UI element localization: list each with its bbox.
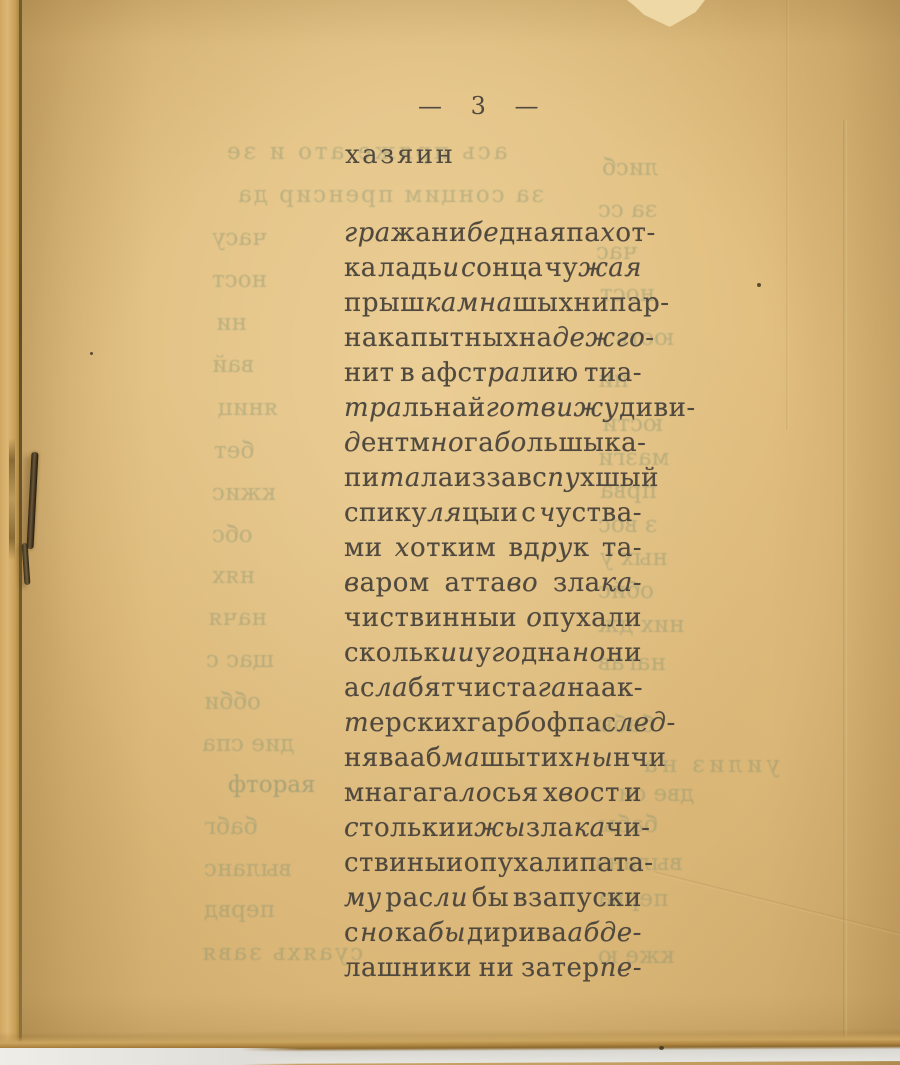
poem-segment-italic: бе (467, 218, 499, 248)
poem-word: пахот- (566, 218, 655, 248)
poem-word: бедная (467, 218, 567, 248)
poem-word: ладьи (378, 253, 459, 283)
scanner-background (0, 1048, 300, 1065)
poem-word: сонца (461, 253, 543, 283)
poem-line: прышкамнашыхнипар- (344, 288, 642, 323)
poem-line: столькиижызлакачи- (344, 813, 642, 848)
poem-word: нашых (479, 288, 574, 318)
poem-line: терскихгарбофпаслед- (344, 708, 642, 743)
poem-segment: их (541, 743, 574, 773)
poem-line: лашникинизатерпе- (344, 953, 642, 988)
poem-word: му (344, 883, 382, 913)
poem-word: затерпе- (521, 953, 642, 983)
poem-segment-italic: лед- (617, 708, 676, 738)
poem-segment: афст (421, 358, 488, 388)
ghost-fragment: суаяхь завя (200, 940, 363, 966)
poem-segment: га (464, 428, 494, 458)
poem-segment-italic: жая (578, 253, 642, 283)
poem-segment: чиствинныи (344, 603, 517, 633)
poem-word: ми (344, 533, 383, 563)
poem-segment-italic: о (526, 603, 542, 633)
poem-word: но (572, 638, 606, 668)
poem-segment-italic: ны (574, 743, 613, 773)
poem-segment: ент (361, 428, 410, 458)
poem-segment: зла (526, 813, 574, 843)
poem-word: вдрук (508, 533, 589, 563)
poem-segment: ерских (369, 708, 467, 738)
poem-word: гарбоф (467, 708, 568, 738)
staple-slit (9, 438, 15, 560)
poem-word: аттаво (445, 568, 539, 598)
poem-segment: чиста (456, 673, 537, 703)
poem-segment: на (519, 323, 553, 353)
poem-line: михоткимвдрукта- (344, 533, 642, 568)
poem-segment: ми (344, 533, 383, 563)
poem-segment-italic: тра (344, 393, 402, 423)
poem-segment-italic: ма (442, 743, 480, 773)
poem-segment-italic: с (461, 253, 476, 283)
poem-word: накапытных (344, 323, 519, 353)
poem-line: ствиныиопухалипата- (344, 848, 642, 883)
poem-word: тральнай (344, 393, 486, 423)
poem-line: тральнайготвижудиви- (344, 393, 642, 428)
poem-word: опухали (526, 603, 642, 633)
poem-line: накапытныхнадежго- (344, 323, 642, 358)
ghost-fragment: ни (216, 310, 247, 336)
poem-segment: взапуски (513, 883, 642, 913)
poem-word: мнагагалосья (344, 778, 539, 808)
poem-segment: затер (521, 953, 600, 983)
poem-line: дентмногабольшыка- (344, 428, 642, 463)
poem-word: дент (344, 428, 410, 458)
poem-segment: хшый (580, 463, 659, 493)
poem-line: сколькииугоднанони (344, 638, 642, 673)
poem-segment-italic: гра (344, 218, 391, 248)
poem-word: злака- (553, 568, 642, 598)
poem-word: ак- (601, 673, 643, 703)
poem-segment-italic: но (430, 428, 464, 458)
ghost-fragment: первд (204, 897, 275, 923)
poem-word: гот (486, 393, 541, 423)
poem-segment: ка (395, 918, 428, 948)
poem-segment-italic: бы (428, 918, 466, 948)
poem-word: большы (494, 428, 604, 458)
poem-segment: ни (479, 953, 515, 983)
poem-segment: нит (344, 358, 395, 388)
poem-text: гражанибеднаяпахот-каладьисонцачужаяпрыш… (344, 218, 642, 988)
poem-line: нитвафстралиютиа- (344, 358, 642, 393)
poem-segment-italic: но (572, 638, 606, 668)
ghost-fragment: начя (208, 605, 267, 631)
poem-line: каладьисонцачужая (344, 253, 642, 288)
poem-line: мураслибывзапуски (344, 883, 642, 918)
poem-word: хотким (395, 533, 497, 563)
vertical-crease-upper (786, 0, 789, 430)
poem-segment: в (400, 358, 415, 388)
poem-segment: пас (568, 708, 617, 738)
poem-segment: м (410, 428, 431, 458)
poem-word: чиствинныи (344, 603, 517, 633)
poem-segment: тиа- (584, 358, 642, 388)
poem-segment: ас (344, 673, 375, 703)
poem-word: нява (344, 743, 410, 773)
poem-word: лашники (344, 953, 472, 983)
poem-segment: чи- (606, 813, 651, 843)
ghost-fragment: ност (212, 267, 267, 293)
poem-segment-italic: с (344, 813, 359, 843)
poem-segment: изза (454, 463, 517, 493)
poem-segment: и (624, 778, 642, 808)
poem-word: афстралию (421, 358, 579, 388)
poem-word: жы (474, 813, 526, 843)
poem-word: ни (479, 953, 515, 983)
poem-segment-italic: ч (539, 498, 556, 528)
poem-word: взапуски (513, 883, 642, 913)
poem-word: изза (454, 463, 517, 493)
poem-word: пата- (580, 848, 654, 878)
poem-segment-italic: деж (553, 323, 616, 353)
ghost-fragment: вай (212, 352, 254, 378)
poem-word: чуства- (539, 498, 642, 528)
poem-segment: шых (513, 288, 574, 318)
poem-segment-italic: в (344, 568, 360, 598)
poem-segment: нипар- (574, 288, 670, 318)
poem-word: и (624, 778, 642, 808)
poem-segment: та- (602, 533, 642, 563)
poem-segment: скольк (344, 638, 440, 668)
poem-word: та- (602, 533, 642, 563)
poem-segment: нчи (613, 743, 666, 773)
poem-word: аслабят (344, 673, 456, 703)
poem-word: многа (410, 428, 495, 458)
poem-word: расли (385, 883, 468, 913)
poem-word: ни (606, 638, 642, 668)
poem-segment-italic: б (514, 708, 530, 738)
ghost-fragment: обс (212, 522, 253, 548)
poem-segment-italic: га (538, 673, 568, 703)
poem-word: но (360, 918, 394, 948)
poem-segment: нява (344, 743, 410, 773)
poem-segment-italic: ка- (601, 568, 642, 598)
poem-segment-italic: на (479, 288, 513, 318)
ghost-fragment: кжис (212, 480, 276, 506)
poem-word: в (400, 358, 415, 388)
poem-segment-italic: х (600, 218, 615, 248)
poem-word: злакачи- (526, 813, 651, 843)
poem-line: питалаиззавспухшый (344, 463, 642, 498)
spine-shadow-line (19, 0, 22, 1065)
poem-segment-italic: пу (547, 463, 580, 493)
poem-word: нипар- (574, 288, 670, 318)
ghost-fragment: лисб (602, 155, 659, 181)
poem-word: опухали (464, 848, 580, 878)
page-number: — 3 — (418, 92, 541, 120)
poem-segment-italic: ля (427, 498, 462, 528)
poem-segment: шыт (480, 743, 541, 773)
staple (26, 452, 38, 549)
poem-segment-italic: та (380, 463, 421, 493)
ghost-fragment: выланс (204, 856, 292, 882)
poem-segment: бят (408, 673, 456, 703)
poem-word: паслед- (568, 708, 676, 738)
poem-word: варом (344, 568, 430, 598)
poem-segment: аб (410, 743, 442, 773)
poem-segment-italic: бо (494, 428, 527, 458)
poem-segment-italic: кам (425, 288, 479, 318)
poem-word: угодна (475, 638, 571, 668)
ghost-fragment: обби (204, 689, 261, 715)
poem-word: гражани (344, 218, 467, 248)
poem-line: мнагагалосьяхвости (344, 778, 642, 813)
poem-word: питала (344, 463, 454, 493)
poem-segment: прыш (344, 288, 425, 318)
poem-line: гражанибеднаяпахот- (344, 218, 642, 253)
ghost-fragment: яниц (218, 395, 278, 421)
poem-segment: бы (472, 883, 509, 913)
poem-word: абмашыт (410, 743, 541, 773)
poem-word: ка (344, 253, 377, 283)
vertical-crease (843, 120, 847, 1040)
poem-word: кабы (395, 918, 466, 948)
poem-line: чиствинныиопухали (344, 603, 642, 638)
poem-segment: гар (467, 708, 514, 738)
poem-word: вижу (541, 393, 620, 423)
poem-segment: пата- (580, 848, 654, 878)
poem-segment-italic: х (395, 533, 410, 563)
poem-word: ствиныи (344, 848, 464, 878)
poem-segment: ладь (378, 253, 442, 283)
poem-word: столькии (344, 813, 474, 843)
ghost-fragment: бет (214, 438, 254, 464)
poem-segment: онца (476, 253, 543, 283)
poem-segment: сья (492, 778, 539, 808)
poem-segment: ак- (601, 673, 643, 703)
poem-segment: с (521, 498, 536, 528)
poem-segment: на (567, 673, 601, 703)
poem-segment: оф (531, 708, 568, 738)
ghost-fragment: бабг (204, 814, 257, 840)
poem-word: с (344, 918, 359, 948)
poem-segment: накапытных (344, 323, 519, 353)
poem-segment-italic: т (344, 708, 369, 738)
poem-segment: пухали (542, 603, 642, 633)
paper-speck (90, 352, 93, 355)
poem-segment: льшы (527, 428, 605, 458)
poem-segment-italic: го- (615, 323, 654, 353)
poem-segment: диви- (619, 393, 696, 423)
poem-segment: дирива (467, 918, 567, 948)
poem-segment: ни (606, 638, 642, 668)
poem-segment: к (573, 533, 590, 563)
poem-segment-italic: гот (486, 393, 541, 423)
poem-word: чистагана (456, 673, 601, 703)
ghost-fragment: щас с (206, 647, 274, 673)
poem-segment: атта (445, 568, 507, 598)
poem-segment: ствиныи (344, 848, 464, 878)
poem-segment: с (344, 918, 359, 948)
poem-line: снокабыдириваабде- (344, 918, 642, 953)
poem-segment: у (475, 638, 491, 668)
paper-speck (659, 1046, 664, 1050)
poem-word: ихнынчи (541, 743, 667, 773)
poem-segment: ка (344, 253, 377, 283)
poem-heading: хазяин (345, 140, 455, 170)
poem-segment: ст (590, 778, 620, 808)
poem-word: терских (344, 708, 467, 738)
poem-line: вароматтавозлака- (344, 568, 642, 603)
poem-segment: па (566, 218, 600, 248)
poem-word: с (521, 498, 536, 528)
ghost-fragment: дие спа (202, 731, 294, 757)
poem-segment-italic: ка (574, 813, 606, 843)
poem-segment: уства- (556, 498, 642, 528)
poem-segment: зла (553, 568, 601, 598)
poem-segment: аром (360, 568, 430, 598)
poem-word: ка- (604, 428, 646, 458)
poem-word: го- (615, 323, 654, 353)
poem-segment-italic: во (558, 778, 590, 808)
poem-segment: дна (521, 638, 571, 668)
poem-segment: отким (410, 533, 496, 563)
poem-segment-italic: ла (375, 673, 408, 703)
poem-segment-italic: вижу (541, 393, 620, 423)
poem-segment: мнагага (344, 778, 459, 808)
poem-segment: х (543, 778, 558, 808)
poem-segment-italic: ра (487, 358, 520, 388)
poem-segment: рас (385, 883, 433, 913)
poem-line: спикуляцыисчуства- (344, 498, 642, 533)
poem-segment: вд (508, 533, 540, 563)
ghost-fragment: фторая (228, 772, 316, 798)
poem-segment-italic: во (506, 568, 538, 598)
poem-segment-italic: ру (540, 533, 573, 563)
poem-segment-italic: му (344, 883, 382, 913)
poem-segment: жани (391, 218, 467, 248)
poem-segment: лию (521, 358, 579, 388)
poem-segment-italic: жы (474, 813, 526, 843)
poem-word: нит (344, 358, 395, 388)
poem-segment: толькии (359, 813, 474, 843)
poem-word: диви- (619, 393, 696, 423)
poem-word: вспухшый (517, 463, 659, 493)
poem-segment: от- (615, 218, 655, 248)
poem-segment-italic: ло (459, 778, 492, 808)
poem-segment: дная (499, 218, 566, 248)
paper-tear (627, 0, 705, 27)
poem-segment-italic: абде- (567, 918, 642, 948)
poem-segment: опухали (464, 848, 580, 878)
poem-word: надеж (519, 323, 616, 353)
ghost-fragment: за сонцим пренсир да (236, 182, 544, 208)
poem-segment: чу (545, 253, 579, 283)
poem-word: чужая (545, 253, 642, 283)
ghost-fragment: часу (212, 225, 267, 251)
poem-segment-italic: ли (434, 883, 468, 913)
poem-segment-italic: и (442, 253, 459, 283)
poem-segment: спику (344, 498, 427, 528)
poem-segment: пи (344, 463, 380, 493)
poem-segment-italic: ии (440, 638, 475, 668)
scanned-book-page: ась пряже ато и зеза сонцим пренсир дача… (0, 0, 900, 1065)
diagonal-crease (654, 871, 900, 942)
poem-segment-italic: пе- (600, 953, 642, 983)
poem-line: няваабмашытихнынчи (344, 743, 642, 778)
poem-word: бы (472, 883, 509, 913)
ghost-fragment: нях (212, 563, 255, 589)
poem-segment: вс (517, 463, 547, 493)
poem-segment-italic: го (491, 638, 521, 668)
poem-word: дириваабде- (467, 918, 642, 948)
poem-segment-italic: но (360, 918, 394, 948)
poem-segment-italic: д (344, 428, 361, 458)
poem-segment: ка- (604, 428, 646, 458)
poem-word: спикуляцыи (344, 498, 518, 528)
poem-segment: льнай (402, 393, 485, 423)
poem-segment: цыи (462, 498, 518, 528)
paper-speck (757, 283, 761, 287)
poem-segment: ла (421, 463, 454, 493)
poem-word: хвост (543, 778, 620, 808)
poem-word: сколькии (344, 638, 475, 668)
poem-segment: лашники (344, 953, 472, 983)
staple-second (22, 543, 31, 585)
poem-word: тиа- (584, 358, 642, 388)
poem-word: прышкам (344, 288, 479, 318)
poem-line: аслабятчистаганаак- (344, 673, 642, 708)
